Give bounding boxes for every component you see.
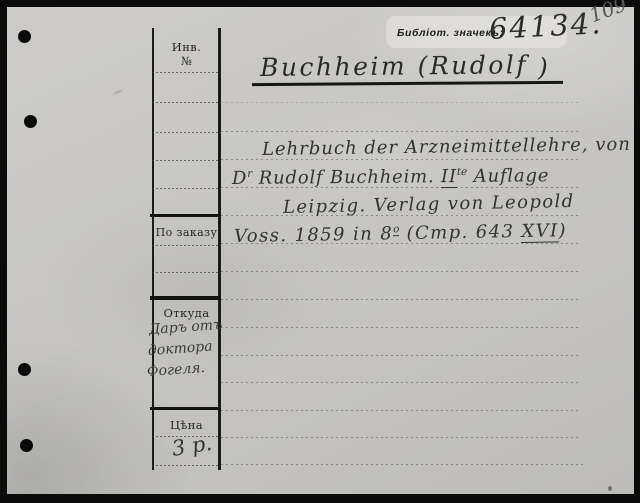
column-ruled-line [152,272,221,273]
entry-line2-mid: Rudolf Buchheim. [252,166,441,189]
entry-line4-roman-numeral: XVI [521,220,559,243]
ruled-line [221,410,579,411]
punch-hole [20,439,33,452]
column-ruled-line [152,102,221,103]
column-right-border [218,28,221,470]
ruled-line [221,382,579,383]
inventory-number-label: Инв. № [152,40,221,68]
entry-line-2: Dr Rudolf Buchheim. IIte Auflage [232,165,549,189]
section-divider [150,296,221,300]
punch-hole [18,363,31,376]
column-ruled-line [152,160,221,161]
entry-line4-mid: (Стр. 643 [399,221,521,244]
order-label: По заказу [152,226,221,239]
inventory-label-line2: № [152,54,221,68]
inventory-label-line1: Инв. [152,40,221,54]
ruled-line [221,271,579,272]
column-left-border [152,28,154,470]
author-heading-close-paren: ) [538,53,548,82]
column-ruled-line [152,465,221,466]
price-label: Цѣна [152,418,221,432]
column-ruled-line [152,132,221,133]
entry-line4-pre: Voss. 1859 in 8 [234,223,393,247]
entry-line2-d: D [232,168,247,189]
section-divider [150,214,221,217]
punch-hole [18,30,31,43]
library-stamp-label: Библіот. значекъ: [397,27,504,39]
ruled-line [221,355,579,356]
punch-hole [24,115,37,128]
ruled-line [221,327,579,328]
entry-line2-post: Auflage [467,165,549,187]
scanned-catalog-card: Инв. № По заказу Откуда Цѣна Даръ отъ до… [0,0,640,503]
entry-line2-edition-superscript: te [457,166,467,178]
ruled-line [221,131,579,132]
ruled-line [221,464,586,465]
ruled-line [221,437,579,438]
column-ruled-line [152,245,221,246]
scan-speck [608,486,612,491]
entry-line4-post: ) [558,220,567,241]
column-ruled-line [152,72,221,73]
entry-line2-edition-numeral: II [441,166,457,188]
library-stamp-number: 64134. [488,6,603,46]
ruled-line [221,299,579,300]
column-ruled-line [152,188,221,189]
section-divider [150,407,221,410]
ruled-line [221,102,579,103]
author-heading: Buchheim (Rudolf [260,50,528,82]
